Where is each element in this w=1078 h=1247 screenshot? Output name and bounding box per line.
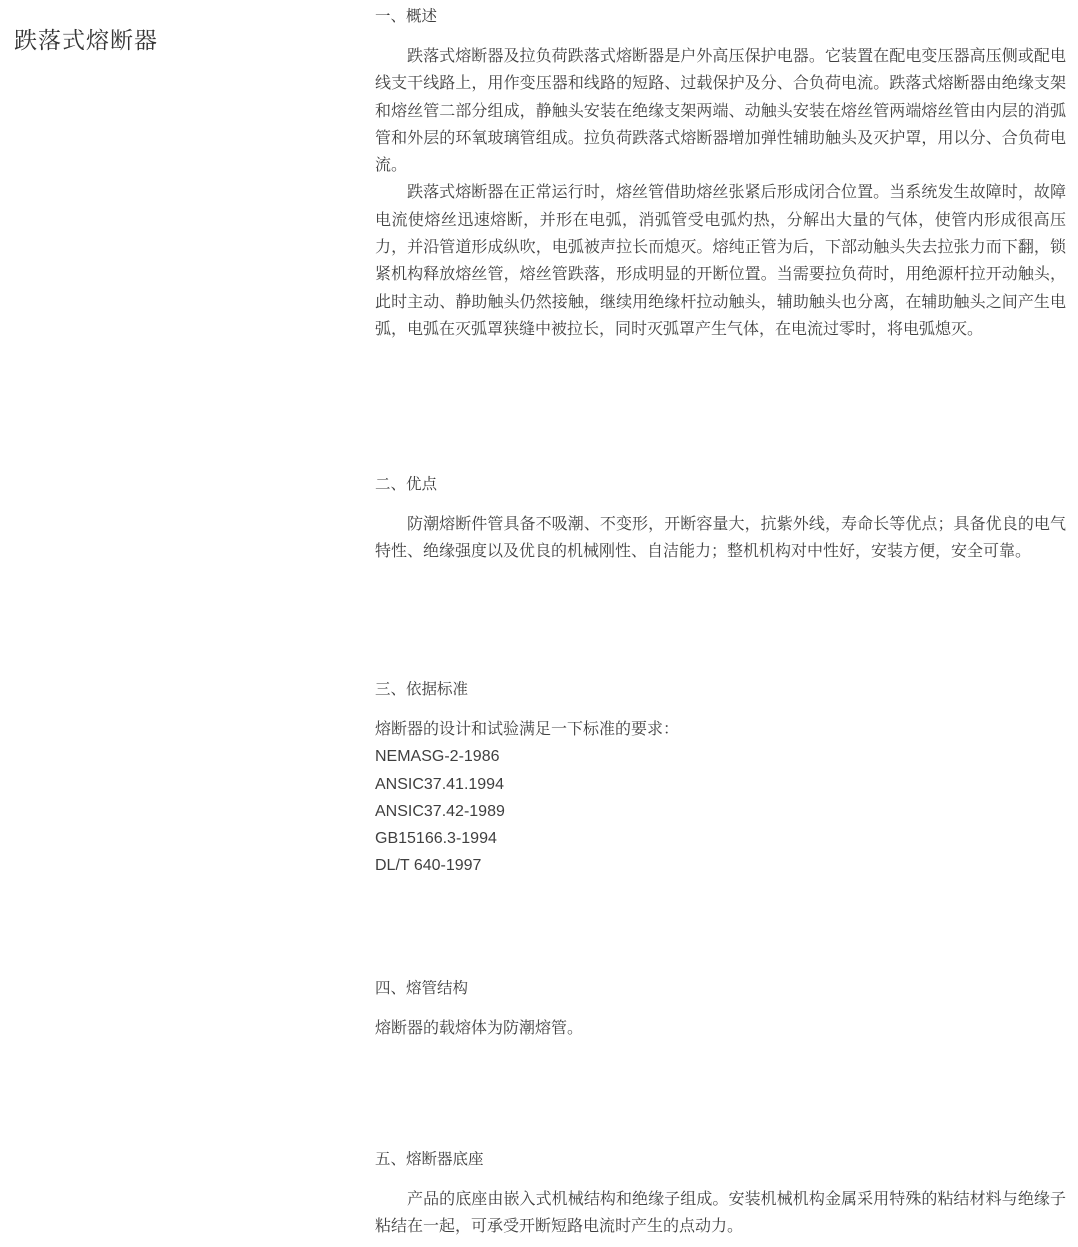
standards-intro-line: 熔断器的设计和试验满足一下标准的要求： (375, 716, 1066, 743)
standard-item: ANSIC37.42-1989 (375, 798, 1066, 825)
section-overview-paragraph-1: 跌落式熔断器及拉负荷跌落式熔断器是户外高压保护电器。它装置在配电变压器高压侧或配… (375, 43, 1066, 179)
section-fuse-tube-structure-heading: 四、熔管结构 (375, 978, 1066, 1000)
page-title: 跌落式熔断器 (14, 25, 158, 55)
standard-item: NEMASG-2-1986 (375, 743, 1066, 770)
section-standards-heading: 三、依据标准 (375, 679, 1066, 701)
section-overview-paragraph-2: 跌落式熔断器在正常运行时，熔丝管借助熔丝张紧后形成闭合位置。当系统发生故障时，故… (375, 179, 1066, 343)
section-fuse-tube-structure: 四、熔管结构 熔断器的载熔体为防潮熔管。 (375, 978, 1066, 1042)
section-overview-heading: 一、概述 (375, 6, 1066, 28)
standard-item: ANSIC37.41.1994 (375, 771, 1066, 798)
section-overview: 一、概述 跌落式熔断器及拉负荷跌落式熔断器是户外高压保护电器。它装置在配电变压器… (375, 6, 1066, 343)
section-fuse-base-heading: 五、熔断器底座 (375, 1149, 1066, 1171)
section-fuse-base: 五、熔断器底座 产品的底座由嵌入式机械结构和绝缘子组成。安装机械机构金属采用特殊… (375, 1149, 1066, 1241)
section-advantages-paragraph: 防潮熔断件管具备不吸潮、不变形，开断容量大，抗紫外线，寿命长等优点；具备优良的电… (375, 511, 1066, 566)
fuse-tube-structure-line: 熔断器的载熔体为防潮熔管。 (375, 1015, 1066, 1042)
section-advantages-heading: 二、优点 (375, 474, 1066, 496)
section-fuse-base-paragraph: 产品的底座由嵌入式机械结构和绝缘子组成。安装机械机构金属采用特殊的粘结材料与绝缘… (375, 1186, 1066, 1241)
standard-item: GB15166.3-1994 (375, 825, 1066, 852)
standard-item: DL/T 640-1997 (375, 852, 1066, 879)
section-advantages: 二、优点 防潮熔断件管具备不吸潮、不变形，开断容量大，抗紫外线，寿命长等优点；具… (375, 474, 1066, 566)
section-standards: 三、依据标准 熔断器的设计和试验满足一下标准的要求： NEMASG-2-1986… (375, 679, 1066, 880)
